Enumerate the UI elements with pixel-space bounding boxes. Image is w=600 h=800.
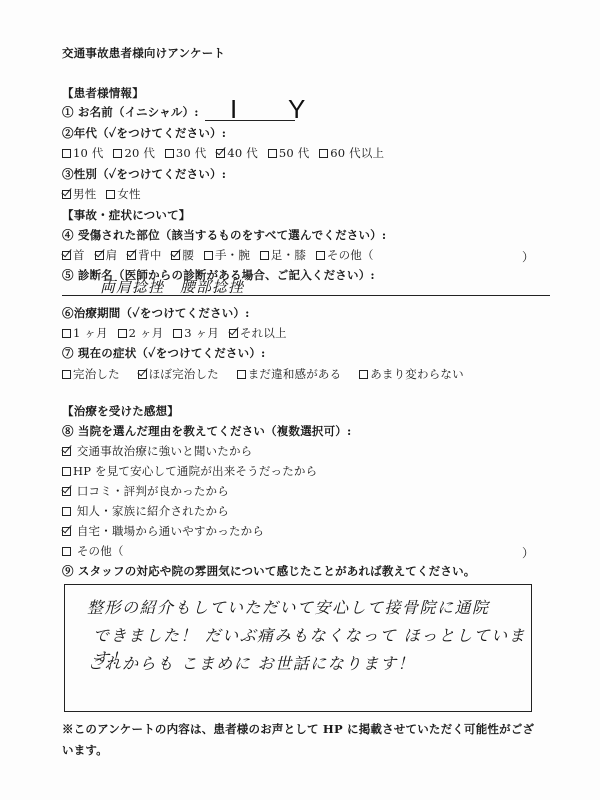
checkbox-checked-icon[interactable] bbox=[62, 447, 71, 456]
checkbox-checked-icon[interactable] bbox=[62, 190, 71, 199]
checkbox-icon[interactable] bbox=[237, 370, 246, 379]
reason-option-referral[interactable]: 知人・家族に紹介されたから bbox=[62, 504, 229, 518]
section-patient-info: 【患者様情報】 bbox=[62, 86, 144, 100]
checkbox-icon[interactable] bbox=[113, 149, 122, 158]
q4-label: ④ 受傷された部位（該当するものをすべて選んでください）: bbox=[62, 228, 386, 242]
injury-option-leg-knee[interactable]: 足・膝 bbox=[260, 248, 306, 262]
reason-option-website[interactable]: HP を見て安心して通院が出来そうだったから bbox=[62, 464, 317, 478]
injury-option-shoulder[interactable]: 肩 bbox=[95, 248, 118, 262]
symptom-option-unchanged[interactable]: あまり変わらない bbox=[359, 367, 464, 381]
checkbox-icon[interactable] bbox=[62, 329, 71, 338]
checkbox-icon[interactable] bbox=[118, 329, 127, 338]
age-option-20[interactable]: 20 代 bbox=[113, 146, 155, 160]
q4-close-paren: ） bbox=[522, 248, 534, 265]
injury-option-back[interactable]: 背中 bbox=[127, 248, 161, 262]
checkbox-icon[interactable] bbox=[165, 149, 174, 158]
checkbox-checked-icon[interactable] bbox=[229, 329, 238, 338]
q2-label: ②年代（✓をつけてください）: bbox=[62, 126, 226, 140]
checkbox-checked-icon[interactable] bbox=[127, 251, 136, 260]
q6-options: 1 ヶ月 2 ヶ月 3 ヶ月 それ以上 bbox=[62, 326, 293, 340]
checkbox-icon[interactable] bbox=[62, 467, 71, 476]
q7-options: 完治した ほぼ完治した まだ違和感がある あまり変わらない bbox=[62, 367, 470, 381]
injury-option-lower-back[interactable]: 腰 bbox=[171, 248, 194, 262]
checkbox-icon[interactable] bbox=[62, 547, 71, 556]
q3-label: ③性別（✓をつけてください）: bbox=[62, 167, 226, 181]
q2-options: 10 代 20 代 30 代 40 代 50 代 60 代以上 bbox=[62, 146, 390, 160]
checkbox-checked-icon[interactable] bbox=[95, 251, 104, 260]
section-accident: 【事故・症状について】 bbox=[62, 208, 190, 222]
age-option-50[interactable]: 50 代 bbox=[268, 146, 310, 160]
footer-note-line-2: います。 bbox=[62, 743, 108, 757]
comment-line-1: 整形の紹介もしていただいて安心して接骨院に通院 bbox=[87, 595, 490, 618]
age-option-40[interactable]: 40 代 bbox=[216, 146, 258, 160]
q9-label: ⑨ スタッフの対応や院の雰囲気について感じたことがあれば教えてください。 bbox=[62, 564, 475, 578]
gender-option-male[interactable]: 男性 bbox=[62, 187, 96, 201]
period-option-1m[interactable]: 1 ヶ月 bbox=[62, 326, 108, 340]
section-impressions: 【治療を受けた感想】 bbox=[62, 404, 179, 418]
checkbox-icon[interactable] bbox=[260, 251, 269, 260]
checkbox-icon[interactable] bbox=[359, 370, 368, 379]
q4-options: 首 肩 背中 腰 手・腕 足・膝 その他（ bbox=[62, 248, 380, 262]
checkbox-icon[interactable] bbox=[62, 149, 71, 158]
symptom-option-cured[interactable]: 完治した bbox=[62, 367, 120, 381]
q3-options: 男性 女性 bbox=[62, 187, 147, 201]
checkbox-icon[interactable] bbox=[268, 149, 277, 158]
checkbox-icon[interactable] bbox=[106, 190, 115, 199]
q6-label: ⑥治療期間（✓をつけてください）: bbox=[62, 306, 250, 320]
q8-close-paren: ） bbox=[522, 544, 534, 561]
reason-option-reviews[interactable]: 口コミ・評判が良かったから bbox=[62, 484, 229, 498]
symptom-option-mostly-cured[interactable]: ほぼ完治した bbox=[138, 367, 219, 381]
checkbox-checked-icon[interactable] bbox=[138, 370, 147, 379]
checkbox-checked-icon[interactable] bbox=[216, 149, 225, 158]
q8-label: ⑧ 当院を選んだ理由を教えてください（複数選択可）: bbox=[62, 424, 351, 438]
age-option-30[interactable]: 30 代 bbox=[165, 146, 207, 160]
gender-option-female[interactable]: 女性 bbox=[106, 187, 140, 201]
symptom-option-discomfort[interactable]: まだ違和感がある bbox=[237, 367, 342, 381]
reason-option-accident-expert[interactable]: 交通事故治療に強いと聞いたから bbox=[62, 444, 252, 458]
period-option-3m[interactable]: 3 ヶ月 bbox=[173, 326, 219, 340]
checkbox-checked-icon[interactable] bbox=[62, 251, 71, 260]
injury-option-hand-arm[interactable]: 手・腕 bbox=[204, 248, 250, 262]
diagnosis-answer: 両肩捻挫 腰部捻挫 bbox=[100, 276, 244, 297]
checkbox-icon[interactable] bbox=[204, 251, 213, 260]
reason-option-convenient[interactable]: 自宅・職場から通いやすかったから bbox=[62, 524, 264, 538]
diagnosis-underline bbox=[62, 295, 550, 296]
checkbox-icon[interactable] bbox=[173, 329, 182, 338]
questionnaire-page: 交通事故患者様向けアンケート 【患者様情報】 ① お名前（イニシャル）: I Y… bbox=[0, 0, 600, 800]
period-option-2m[interactable]: 2 ヶ月 bbox=[118, 326, 164, 340]
checkbox-icon[interactable] bbox=[316, 251, 325, 260]
reason-option-other[interactable]: その他（ bbox=[62, 544, 124, 558]
comment-box[interactable]: 整形の紹介もしていただいて安心して接骨院に通院 できました！ だいぶ痛みもなくな… bbox=[64, 584, 532, 712]
age-option-10[interactable]: 10 代 bbox=[62, 146, 104, 160]
q1-label: ① お名前（イニシャル）: bbox=[62, 105, 199, 119]
q7-label: ⑦ 現在の症状（✓をつけてください）: bbox=[62, 346, 265, 360]
injury-option-neck[interactable]: 首 bbox=[62, 248, 85, 262]
document-title: 交通事故患者様向けアンケート bbox=[62, 46, 225, 60]
footer-note-line-1: ※このアンケートの内容は、患者様のお声として HP に掲載させていただく可能性が… bbox=[62, 722, 534, 736]
checkbox-checked-icon[interactable] bbox=[171, 251, 180, 260]
checkbox-icon[interactable] bbox=[62, 370, 71, 379]
checkbox-checked-icon[interactable] bbox=[62, 487, 71, 496]
comment-line-3: これからも こまめに お世話になります！ bbox=[87, 651, 415, 674]
checkbox-icon[interactable] bbox=[62, 507, 71, 516]
checkbox-checked-icon[interactable] bbox=[62, 527, 71, 536]
period-option-longer[interactable]: それ以上 bbox=[229, 326, 287, 340]
checkbox-icon[interactable] bbox=[319, 149, 328, 158]
initials-answer: I Y bbox=[230, 94, 327, 125]
injury-option-other[interactable]: その他（ bbox=[316, 248, 374, 262]
age-option-60plus[interactable]: 60 代以上 bbox=[319, 146, 384, 160]
